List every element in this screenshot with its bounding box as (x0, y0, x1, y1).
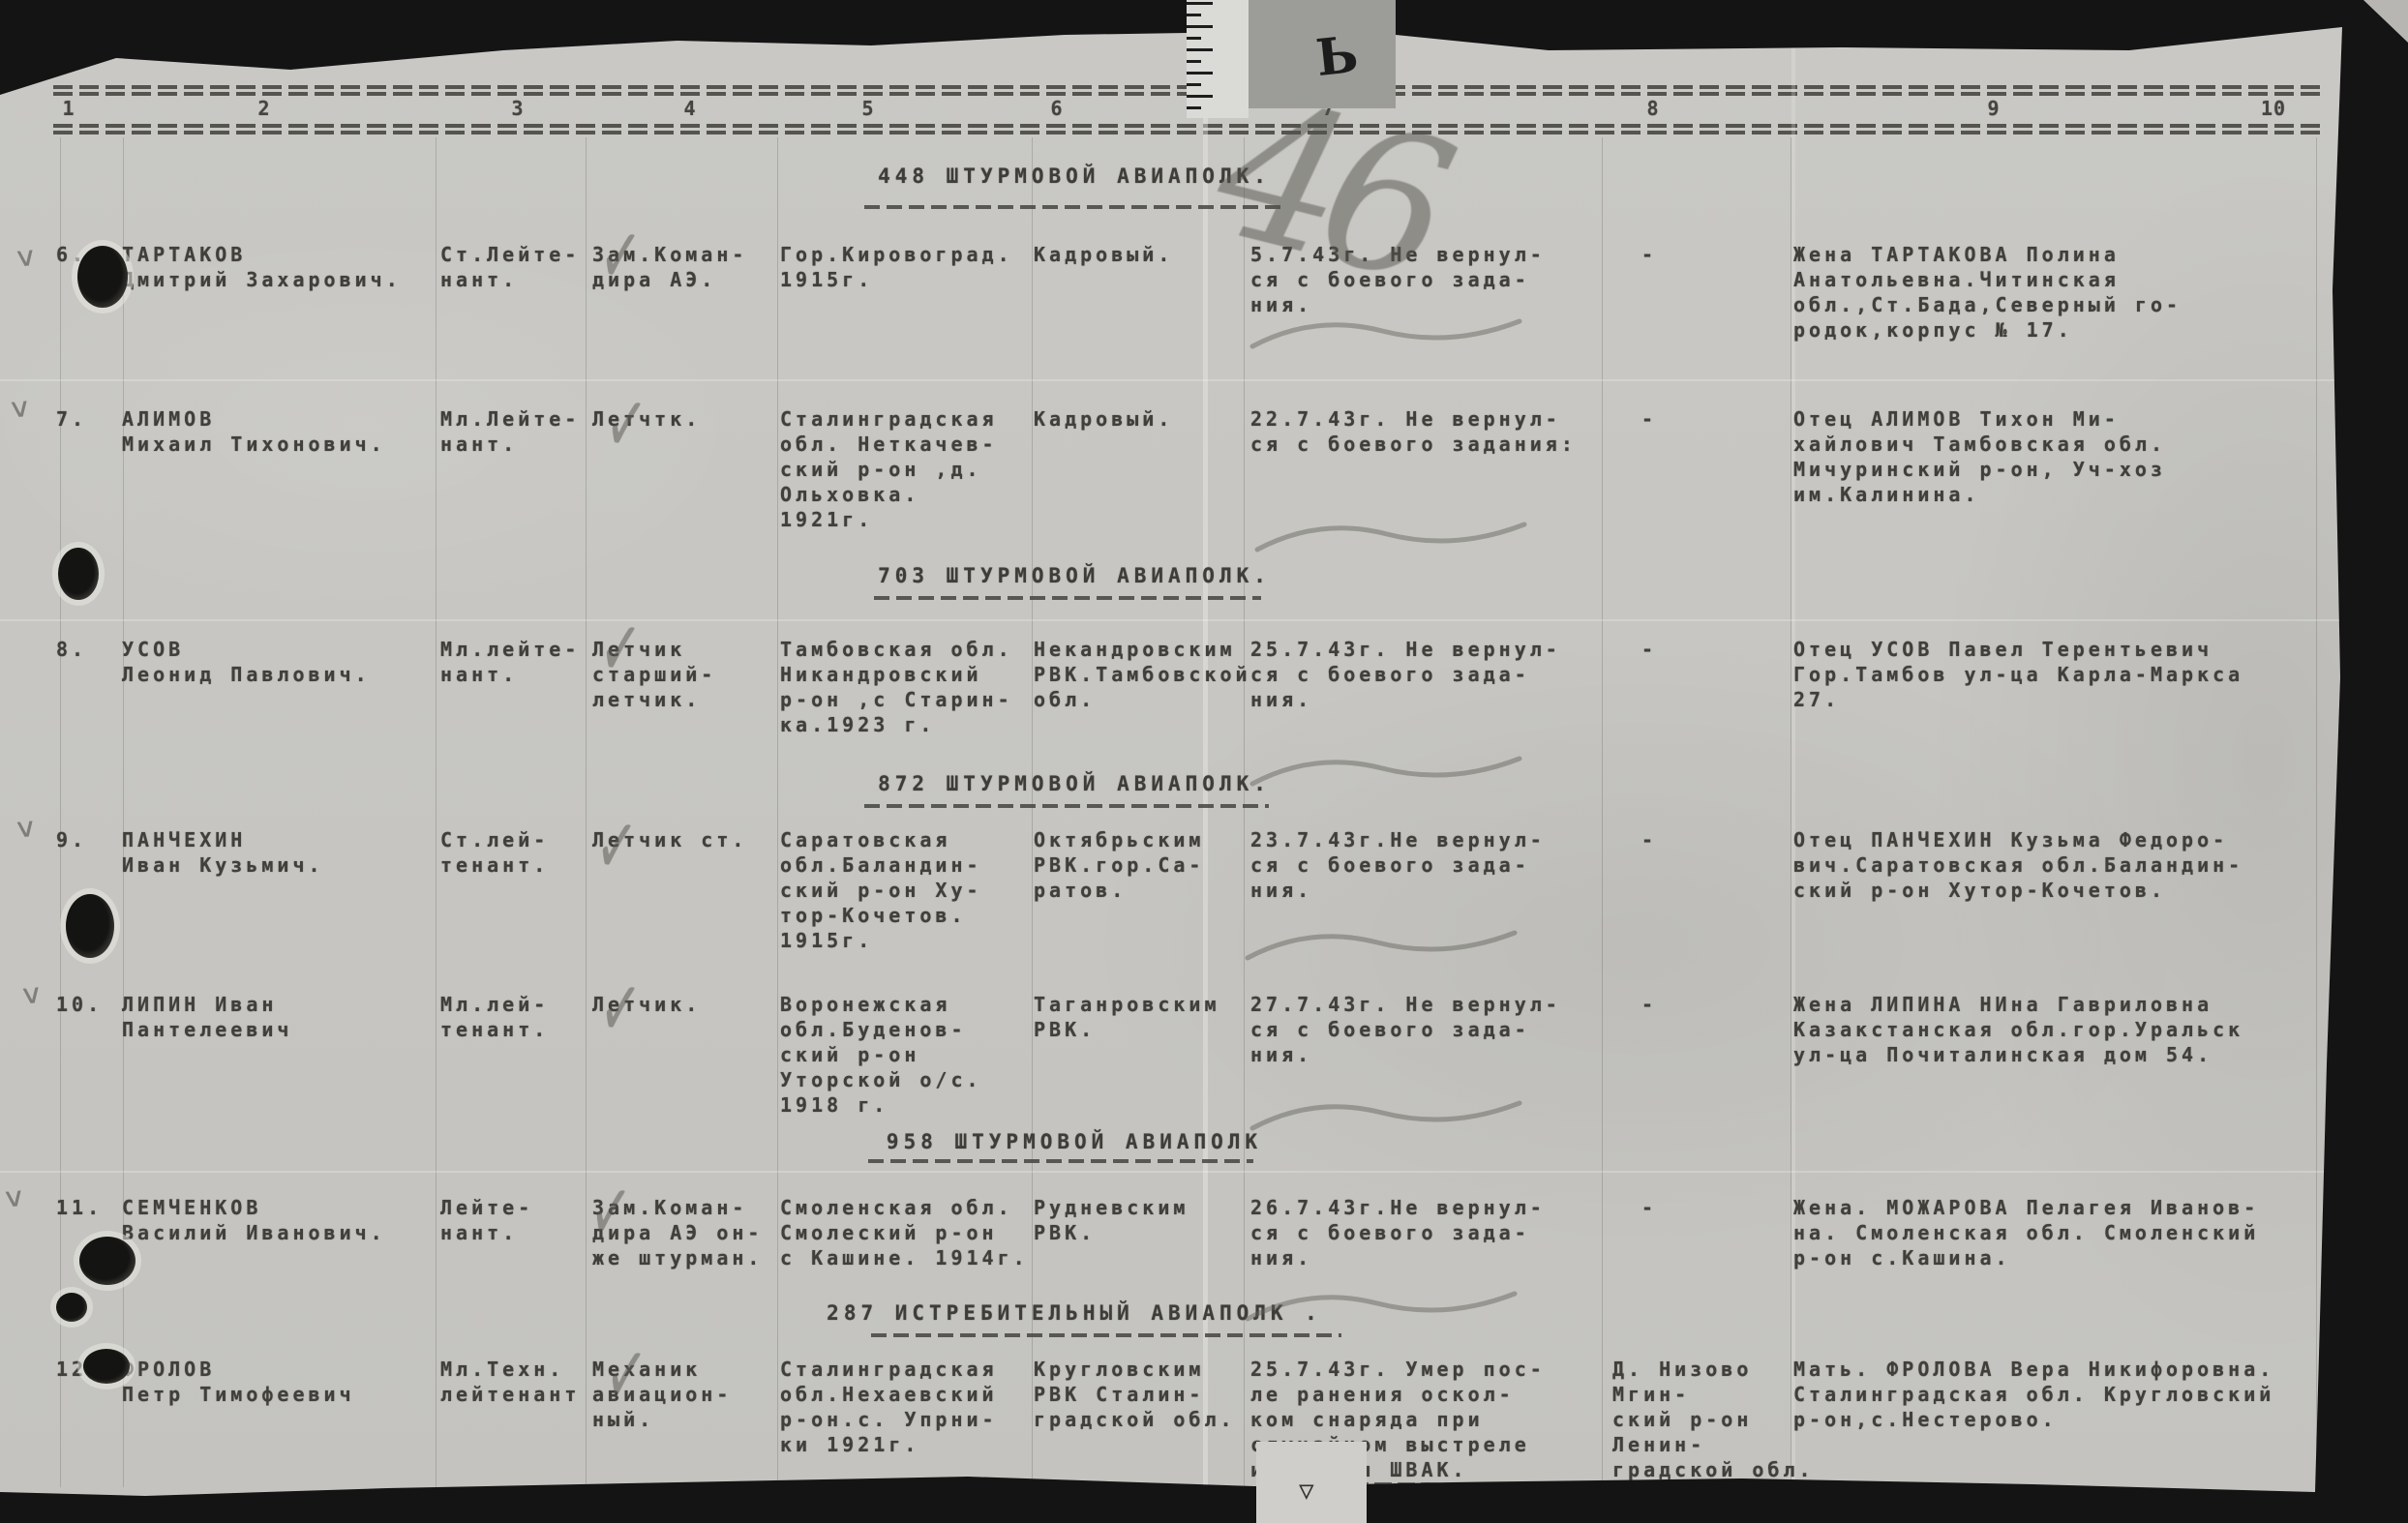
scanned-casualty-register: { "document": { "column_numbers": ["1","… (0, 0, 2408, 1523)
margin-tick-mark: ∨ (12, 812, 40, 845)
cell-fate: 22.7.43г. Не вернул- ся с боевого задани… (1250, 406, 1605, 457)
bottom-paper-tab: ▽ (1256, 1442, 1367, 1523)
archive-tab-card: Ь (1249, 0, 1396, 108)
cell-rank: Ст.Лейте- нант. (440, 242, 593, 292)
column-number-2: 2 (243, 97, 286, 120)
table-header-rule-bottom2 (53, 131, 2323, 134)
cell-burial: - (1612, 992, 1816, 1017)
table-header-rule-bottom (53, 124, 2323, 128)
corner-paper-sliver (2363, 0, 2408, 43)
cell-family: Отец АЛИМОВ Тихон Ми- хайлович Тамбовска… (1793, 406, 2374, 507)
pencil-checkmark: ✓ (603, 1330, 650, 1418)
pencil-swoosh-underline (1242, 1284, 1522, 1329)
cell-rank: Мл.Техн. лейтенант (440, 1357, 593, 1407)
cell-draft: Октябрьским РВК.гор.Са- ратов. (1034, 827, 1243, 903)
cell-fate: 26.7.43г.Не вернул- ся с боевого зада- н… (1250, 1195, 1605, 1270)
cell-birthplace: Тамбовская обл. Никандровский р-он ,с Ст… (780, 637, 1034, 737)
pencil-checkmark: ✓ (597, 605, 645, 693)
paper-hole (79, 1237, 135, 1285)
column-rule (436, 137, 436, 1487)
tab-handwritten-mark: Ь (1313, 25, 1361, 88)
cell-burial: - (1612, 827, 1816, 852)
margin-tick-mark: ∨ (17, 978, 45, 1011)
cell-birthplace: Сталинградская обл.Нехаевский р-он.с. Уп… (780, 1357, 1034, 1457)
cell-family: Отец УСОВ Павел Терентьевич Гор.Тамбов у… (1793, 637, 2374, 712)
cell-family: Отец ПАНЧЕХИН Кузьма Федоро- вич.Саратов… (1793, 827, 2374, 903)
margin-tick-mark: ∨ (6, 392, 34, 425)
cell-rank: Ст.лей- тенант. (440, 827, 593, 878)
cell-burial: - (1612, 637, 1816, 662)
margin-tick-mark: ∨ (0, 1181, 28, 1214)
cell-burial: - (1612, 406, 1816, 432)
cell-draft: Таганровским РВК. (1034, 992, 1243, 1042)
column-number-4: 4 (669, 97, 711, 120)
cell-family: Жена ЛИПИНА НИна Гавриловна Казакстанска… (1793, 992, 2374, 1067)
pencil-checkmark: ✓ (597, 965, 645, 1053)
cell-draft: Кадровый. (1034, 406, 1243, 432)
cell-name: УСОВ Леонид Павлович. (122, 637, 443, 687)
cell-name: СЕМЧЕНКОВ Василий Иванович. (122, 1195, 443, 1245)
column-number-5: 5 (847, 97, 889, 120)
column-rule (777, 137, 778, 1487)
pencil-swoosh-underline (1247, 1093, 1527, 1138)
cell-birthplace: Гор.Кировоград. 1915г. (780, 242, 1034, 292)
cell-family: Мать. ФРОЛОВА Вера Никифоровна. Сталингр… (1793, 1357, 2374, 1432)
pencil-checkmark: ✓ (597, 212, 645, 300)
pencil-swoosh-underline (1251, 515, 1532, 559)
paper-hole (58, 548, 99, 600)
column-rule (123, 137, 124, 1487)
column-number-3: 3 (497, 97, 539, 120)
paper-crease (0, 1171, 2408, 1173)
cell-num: 7. (56, 406, 118, 432)
column-number-10: 10 (2252, 97, 2295, 120)
cell-burial: - (1612, 1195, 1816, 1220)
cell-num: 10. (56, 992, 118, 1017)
column-number-8: 8 (1632, 97, 1674, 120)
fold-crease (1203, 0, 1208, 1523)
column-number-9: 9 (1972, 97, 2015, 120)
column-number-6: 6 (1036, 97, 1078, 120)
cell-name: ФРОЛОВ Петр Тимофеевич (122, 1357, 443, 1407)
section-title-underline (871, 1333, 1341, 1337)
paper-hole (77, 246, 128, 308)
cell-birthplace: Смоленская обл. Смолеский р-он с Кашине.… (780, 1195, 1034, 1270)
regiment-section-title: 703 ШТУРМОВОЙ АВИАПОЛК. (774, 564, 1374, 587)
column-rule (586, 137, 587, 1487)
paper-crease (0, 379, 2408, 381)
cell-name: АЛИМОВ Михаил Тихонович. (122, 406, 443, 457)
column-rule (1602, 137, 1603, 1487)
margin-tick-mark: ∨ (12, 241, 40, 274)
cell-draft: Некандровским РВК.Тамбовской обл. (1034, 637, 1243, 712)
bottom-tab-mark: ▽ (1299, 1477, 1314, 1506)
paper-hole (56, 1293, 87, 1322)
pencil-swoosh-underline (1242, 923, 1522, 968)
pencil-checkmark: ✓ (603, 380, 650, 468)
cell-burial: Д. Низово Мгин- ский р-он Ленин- градско… (1612, 1357, 1816, 1482)
document-page: 12345678910 448 ШТУРМОВОЙ АВИАПОЛК.6.ТАР… (0, 0, 2408, 1523)
cell-fate: 27.7.43г. Не вернул- ся с боевого зада- … (1250, 992, 1605, 1067)
ruler (1187, 0, 1249, 118)
cell-draft: Кругловским РВК Сталин- градской обл. (1034, 1357, 1243, 1432)
pencil-checkmark: ✓ (593, 802, 641, 890)
cell-draft: Рудневским РВК. (1034, 1195, 1243, 1245)
cell-num: 8. (56, 637, 118, 662)
cell-rank: Мл.лейте- нант. (440, 637, 593, 687)
ruler-ticks-short (1187, 2, 1201, 116)
fold-crease (1791, 0, 1795, 1523)
paper-hole (66, 894, 114, 958)
cell-family: Жена. МОЖАРОВА Пелагея Иванов- на. Смоле… (1793, 1195, 2374, 1270)
cell-fate: 23.7.43г.Не вернул- ся с боевого зада- н… (1250, 827, 1605, 903)
pencil-checkmark: ✓ (587, 1168, 635, 1256)
section-title-underline (868, 1159, 1253, 1163)
paper-hole (83, 1349, 130, 1384)
cell-name: ПАНЧЕХИН Иван Кузьмич. (122, 827, 443, 878)
cell-burial: - (1612, 242, 1816, 267)
cell-rank: Мл.Лейте- нант. (440, 406, 593, 457)
cell-num: 9. (56, 827, 118, 852)
section-title-underline (874, 596, 1261, 600)
paper-crease (0, 619, 2408, 621)
cell-name: ЛИПИН Иван Пантелеевич (122, 992, 443, 1042)
section-title-underline (864, 804, 1269, 808)
cell-fate: 25.7.43г. Не вернул- ся с боевого зада- … (1250, 637, 1605, 712)
cell-rank: Лейте- нант. (440, 1195, 593, 1245)
cell-birthplace: Саратовская обл.Баландин- ский р-он Ху- … (780, 827, 1034, 953)
cell-num: 11. (56, 1195, 118, 1220)
column-number-1: 1 (47, 97, 90, 120)
column-rule (60, 137, 61, 1487)
pencil-swoosh-underline (1247, 749, 1527, 793)
cell-rank: Мл.лей- тенант. (440, 992, 593, 1042)
cell-family: Жена ТАРТАКОВА Полина Анатольевна.Читинс… (1793, 242, 2374, 343)
cell-name: ТАРТАКОВ Дмитрий Захарович. (122, 242, 443, 292)
cell-birthplace: Воронежская обл.Буденов- ский р-он Уторс… (780, 992, 1034, 1118)
column-rule (1032, 137, 1033, 1487)
cell-birthplace: Сталинградская обл. Неткачев- ский р-он … (780, 406, 1034, 532)
